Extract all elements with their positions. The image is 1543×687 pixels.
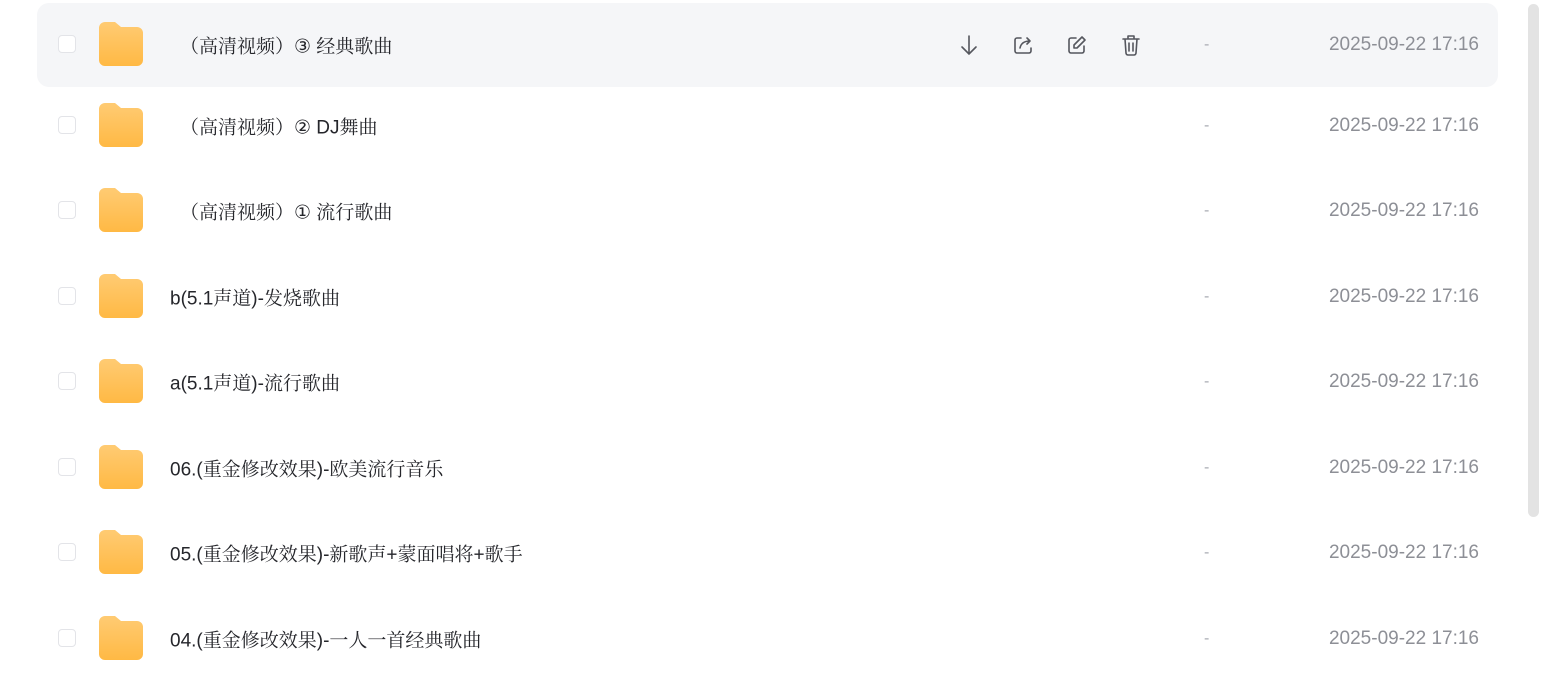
row-actions	[957, 33, 1143, 57]
download-button[interactable]	[957, 33, 981, 57]
row-checkbox[interactable]	[58, 287, 76, 305]
folder-icon	[97, 101, 145, 149]
folder-icon	[97, 443, 145, 491]
vertical-scrollbar[interactable]	[1528, 4, 1539, 517]
file-list: （高清视频）③ 经典歌曲 - 2025-09-22 17:16 （高清视频）② …	[37, 0, 1498, 682]
file-row[interactable]: a(5.1声道)-流行歌曲 - 2025-09-22 17:16	[37, 340, 1498, 426]
file-size: -	[1204, 459, 1209, 477]
folder-icon	[97, 272, 145, 320]
file-date: 2025-09-22 17:16	[1329, 200, 1479, 222]
file-size: -	[1204, 36, 1209, 54]
file-date: 2025-09-22 17:16	[1329, 628, 1479, 650]
file-row[interactable]: 06.(重金修改效果)-欧美流行音乐 - 2025-09-22 17:16	[37, 425, 1498, 511]
file-name[interactable]: 06.(重金修改效果)-欧美流行音乐	[170, 454, 443, 481]
folder-icon	[97, 528, 145, 576]
file-size: -	[1204, 202, 1209, 220]
folder-icon	[97, 186, 145, 234]
row-checkbox[interactable]	[58, 629, 76, 647]
file-date: 2025-09-22 17:16	[1329, 371, 1479, 393]
file-date: 2025-09-22 17:16	[1329, 542, 1479, 564]
row-checkbox[interactable]	[58, 35, 76, 53]
file-row[interactable]: （高清视频）③ 经典歌曲 - 2025-09-22 17:16	[37, 3, 1498, 87]
file-date: 2025-09-22 17:16	[1329, 286, 1479, 308]
file-row[interactable]: b(5.1声道)-发烧歌曲 - 2025-09-22 17:16	[37, 254, 1498, 340]
delete-button[interactable]	[1119, 33, 1143, 57]
file-name[interactable]: 04.(重金修改效果)-一人一首经典歌曲	[170, 625, 481, 652]
folder-icon	[97, 614, 145, 662]
file-name[interactable]: 05.(重金修改效果)-新歌声+蒙面唱将+歌手	[170, 540, 523, 567]
row-checkbox[interactable]	[58, 458, 76, 476]
file-size: -	[1204, 544, 1209, 562]
file-size: -	[1204, 117, 1209, 135]
folder-icon	[97, 20, 145, 68]
file-name[interactable]: （高清视频）③ 经典歌曲	[180, 32, 392, 59]
file-name[interactable]: a(5.1声道)-流行歌曲	[170, 369, 340, 396]
file-size: -	[1204, 630, 1209, 648]
row-checkbox[interactable]	[58, 201, 76, 219]
share-button[interactable]	[1011, 33, 1035, 57]
file-row[interactable]: （高清视频）② DJ舞曲 - 2025-09-22 17:16	[37, 83, 1498, 169]
file-row[interactable]: 04.(重金修改效果)-一人一首经典歌曲 - 2025-09-22 17:16	[37, 596, 1498, 682]
file-row[interactable]: （高清视频）① 流行歌曲 - 2025-09-22 17:16	[37, 169, 1498, 255]
file-name[interactable]: b(5.1声道)-发烧歌曲	[170, 283, 340, 310]
delete-icon	[1121, 34, 1141, 56]
file-name[interactable]: （高清视频）② DJ舞曲	[180, 112, 378, 139]
rename-icon	[1067, 35, 1087, 55]
file-size: -	[1204, 373, 1209, 391]
file-size: -	[1204, 288, 1209, 306]
download-icon	[959, 34, 979, 56]
row-checkbox[interactable]	[58, 116, 76, 134]
row-checkbox[interactable]	[58, 543, 76, 561]
row-checkbox[interactable]	[58, 372, 76, 390]
share-icon	[1013, 35, 1033, 55]
rename-button[interactable]	[1065, 33, 1089, 57]
file-date: 2025-09-22 17:16	[1329, 457, 1479, 479]
folder-icon	[97, 357, 145, 405]
file-date: 2025-09-22 17:16	[1329, 115, 1479, 137]
file-date: 2025-09-22 17:16	[1329, 34, 1479, 56]
file-row[interactable]: 05.(重金修改效果)-新歌声+蒙面唱将+歌手 - 2025-09-22 17:…	[37, 511, 1498, 597]
file-name[interactable]: （高清视频）① 流行歌曲	[180, 198, 392, 225]
